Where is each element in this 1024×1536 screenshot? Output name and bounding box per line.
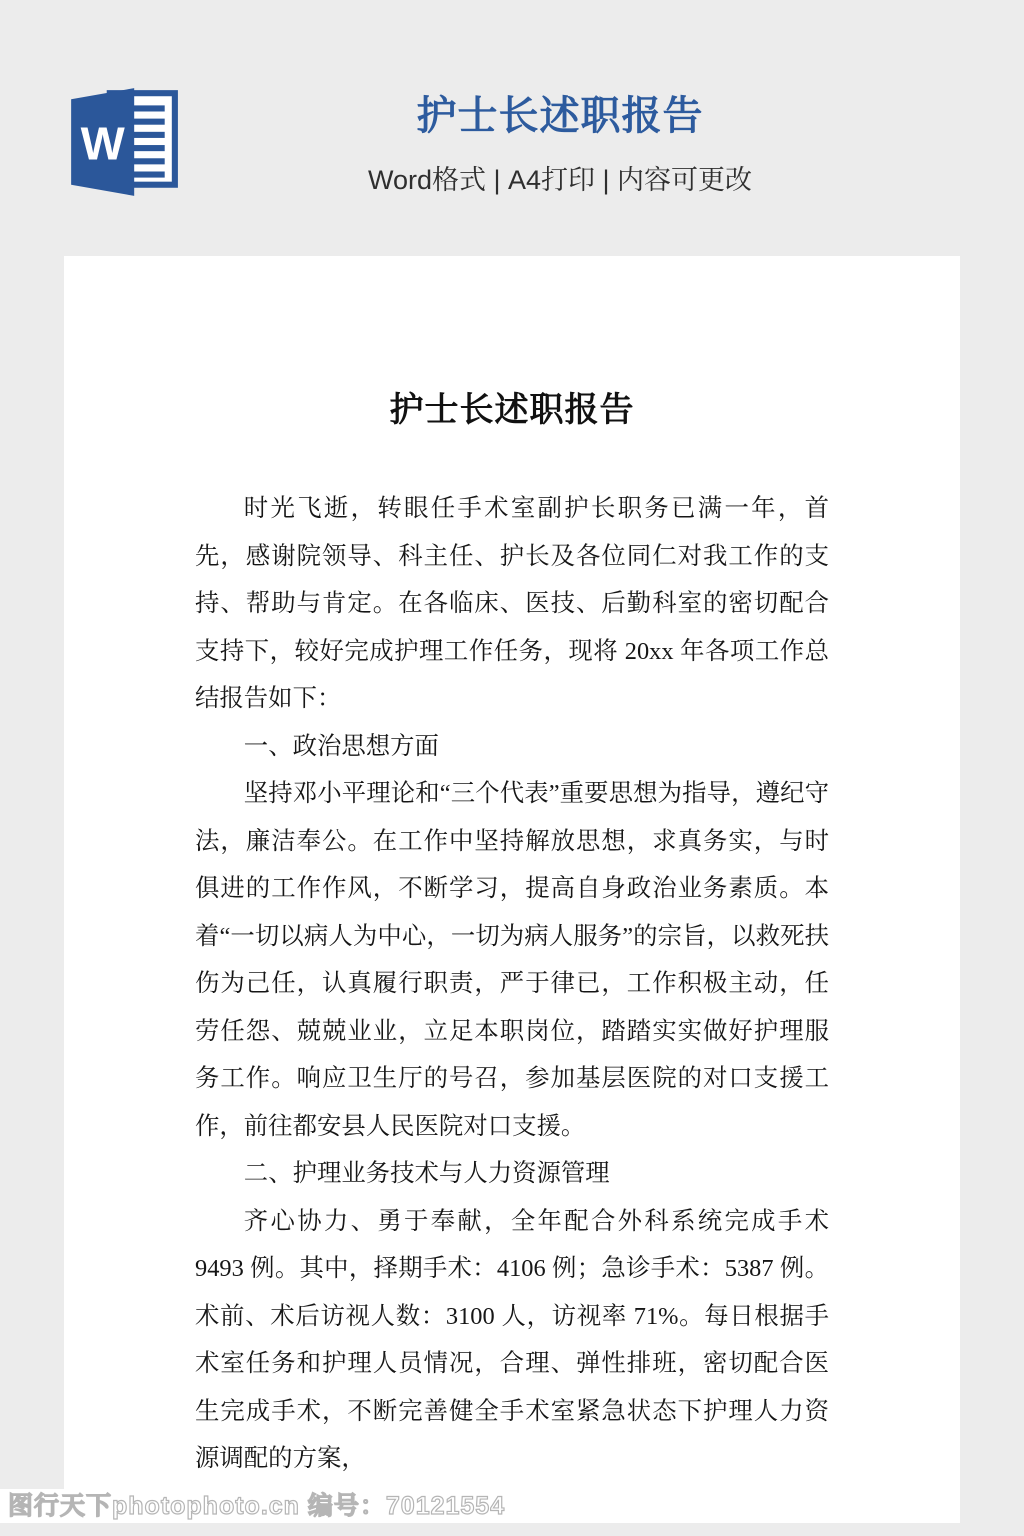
template-tagline: Word格式 | A4打印 | 内容可更改 (96, 163, 1024, 197)
section-heading: 二、护理业务技术与人力资源管理 (195, 1150, 829, 1198)
body-paragraph: 时光飞逝，转眼任手术室副护长职务已满一年，首先，感谢院领导、科主任、护长及各位同… (195, 485, 829, 723)
document-page: 护士长述职报告 时光飞逝，转眼任手术室副护长职务已满一年，首先，感谢院领导、科主… (64, 256, 960, 1523)
document-title: 护士长述职报告 (195, 388, 829, 432)
watermark-text: 图行天下photophoto.cn 编号：70121554 (0, 1489, 960, 1523)
watermark-bar: 图行天下photophoto.cn 编号：70121554 (0, 1489, 960, 1523)
template-header: 护士长述职报告 Word格式 | A4打印 | 内容可更改 (96, 92, 1024, 197)
document-body: 时光飞逝，转眼任手术室副护长职务已满一年，首先，感谢院领导、科主任、护长及各位同… (195, 485, 829, 1483)
body-paragraph: 齐心协力、勇于奉献，全年配合外科系统完成手术 9493 例。其中，择期手术：41… (195, 1198, 829, 1483)
template-title: 护士长述职报告 (96, 92, 1024, 140)
body-paragraph: 坚持邓小平理论和“三个代表”重要思想为指导，遵纪守法，廉洁奉公。在工作中坚持解放… (195, 770, 829, 1150)
section-heading: 一、政治思想方面 (195, 723, 829, 771)
